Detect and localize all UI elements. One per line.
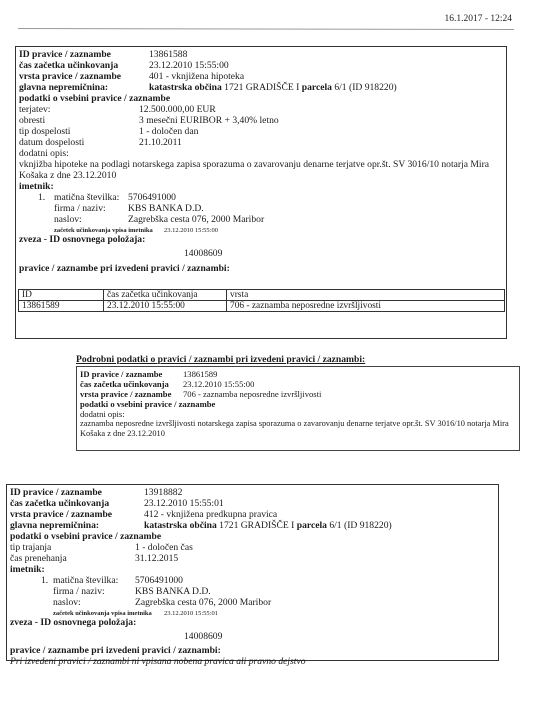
content-heading-row: podatki o vsebini pravice / zaznambe	[7, 531, 498, 542]
start-value: 23.12.2010 15:55:01	[144, 498, 224, 509]
cadastral-label: katastrska občina	[144, 520, 217, 531]
parcel-value: 6/1 (ID 918220)	[329, 520, 391, 531]
holder-name-label: firma / naziv:	[53, 586, 105, 597]
field-row: tip dospelosti 1 - določen dan	[16, 126, 506, 137]
interest-label: obresti	[19, 115, 45, 126]
holder-address-label: naslov:	[53, 597, 81, 608]
content-heading: podatki o vsebini pravice / zaznambe	[10, 531, 161, 542]
derived-heading-row: pravice / zaznambe pri izvedeni pravici …	[16, 261, 506, 275]
holder-reg-row: 1. matična številka: 5706491000	[7, 575, 498, 586]
holder-reg-label: matična številka:	[54, 192, 119, 203]
col-start-header: čas začetka učinkovanja	[104, 290, 227, 301]
holder-reg-row: 1. matična številka: 5706491000	[16, 192, 506, 203]
property-row: glavna nepremičnina: katastrska občina 1…	[16, 82, 506, 93]
duration-type-value: 1 - določen čas	[135, 542, 193, 553]
holder-address-value: Zagrebška cesta 076, 2000 Maribor	[128, 214, 264, 225]
holder-name-value: KBS BANKA D.D.	[128, 203, 204, 214]
link-value: 14008609	[184, 248, 222, 259]
cadastral-value: 1721 GRADIŠČE I	[224, 82, 299, 93]
extra-label: dodatni opis:	[19, 148, 69, 159]
holder-heading-row: imetnik:	[7, 564, 498, 575]
derived-heading: pravice / zaznambe pri izvedeni pravici …	[10, 645, 221, 656]
detail-id-label: ID pravice / zaznambe	[80, 369, 162, 379]
claim-value: 12.500.000,00 EUR	[139, 104, 216, 115]
holder-index: 1.	[41, 575, 48, 586]
type-label: vrsta pravice / zaznambe	[19, 71, 121, 82]
maturity-date-value: 21.10.2011	[139, 137, 182, 148]
detail-content-heading: podatki o vsebini pravice / zaznambe	[80, 399, 215, 409]
cadastral-value: 1721 GRADIŠČE I	[219, 520, 294, 531]
holder-address-label: naslov:	[54, 214, 82, 225]
right-record-13918882: ID pravice / zaznambe 13918882 čas začet…	[6, 484, 499, 661]
extra-label-row: dodatni opis:	[16, 148, 506, 159]
derived-none-text: Pri izvedeni pravici / zaznambi ni vpisa…	[10, 656, 306, 667]
extra-text-row: vknjižba hipoteke na podlagi notarskega …	[16, 159, 506, 181]
id-label: ID pravice / zaznambe	[19, 49, 111, 60]
holder-reg-value: 5706491000	[135, 575, 183, 586]
holder-reg-label: matična številka:	[53, 575, 118, 586]
parcel-label: parcela	[302, 82, 332, 93]
link-row: zveza - ID osnovnega položaja:	[16, 234, 506, 245]
detail-type-label: vrsta pravice / zaznambe	[80, 389, 171, 399]
link-value-row: 14008609	[16, 245, 506, 261]
field-row: obresti 3 mesečni EURIBOR + 3,40% letno	[16, 115, 506, 126]
expiry-label: čas prenehanja	[10, 553, 67, 564]
field-row: datum dospelosti 21.10.2011	[16, 137, 506, 148]
maturity-type-value: 1 - določen dan	[139, 126, 198, 137]
field-row: tip trajanja 1 - določen čas	[7, 542, 498, 553]
link-value: 14008609	[184, 631, 222, 642]
holder-start-row: začetek učinkovanja vpisa imetnika 23.12…	[7, 608, 498, 617]
print-timestamp: 16.1.2017 - 12:24	[444, 14, 512, 25]
property-label: glavna nepremičnina:	[19, 82, 108, 93]
detail-content-row: podatki o vsebini pravice / zaznambe	[77, 399, 519, 409]
holder-heading: imetnik:	[10, 564, 45, 575]
type-value: 401 - vknjižena hipoteka	[149, 71, 244, 82]
detail-section-title: Podrobni podatki o pravici / zaznambi pr…	[76, 354, 365, 365]
link-row: zveza - ID osnovnega položaja:	[7, 617, 498, 628]
detail-extra-text-row: zaznamba neposredne izvršljivosti notars…	[77, 419, 519, 439]
start-label: čas začetka učinkovanja	[10, 498, 109, 509]
derived-rights-table: ID čas začetka učinkovanja vrsta 1386158…	[18, 289, 505, 312]
detail-type-row: vrsta pravice / zaznambe 706 - zaznamba …	[77, 389, 519, 399]
start-row: čas začetka učinkovanja 23.12.2010 15:55…	[7, 498, 498, 509]
holder-reg-value: 5706491000	[128, 192, 176, 203]
cadastral-label: katastrska občina	[149, 82, 222, 93]
id-label: ID pravice / zaznambe	[10, 487, 102, 498]
derived-heading: pravice / zaznambe pri izvedeni pravici …	[19, 263, 230, 274]
detail-extra-label-row: dodatni opis:	[77, 409, 519, 419]
right-record-13861588: ID pravice / zaznambe 13861588 čas začet…	[15, 46, 507, 339]
property-label: glavna nepremičnina:	[10, 520, 99, 531]
holder-name-row: firma / naziv: KBS BANKA D.D.	[7, 586, 498, 597]
holder-address-row: naslov: Zagrebška cesta 076, 2000 Maribo…	[7, 597, 498, 608]
type-label: vrsta pravice / zaznambe	[10, 509, 112, 520]
holder-start-row: začetek učinkovanja vpisa imetnika 23.12…	[16, 225, 506, 234]
detail-start-value: 23.12.2010 15:55:00	[183, 379, 254, 389]
field-row: čas prenehanja 31.12.2015	[7, 553, 498, 564]
type-value: 412 - vknjižena predkupna pravica	[144, 509, 277, 520]
maturity-date-label: datum dospelosti	[19, 137, 84, 148]
type-row: vrsta pravice / zaznambe 412 - vknjižena…	[7, 509, 498, 520]
holder-heading: imetnik:	[19, 181, 54, 192]
detail-start-row: čas začetka učinkovanja 23.12.2010 15:55…	[77, 379, 519, 389]
id-value: 13861588	[149, 49, 187, 60]
field-row: terjatev: 12.500.000,00 EUR	[16, 104, 506, 115]
holder-index: 1.	[38, 192, 45, 203]
derived-none-row: Pri izvedeni pravici / zaznambi ni vpisa…	[7, 656, 498, 667]
holder-heading-row: imetnik:	[16, 181, 506, 192]
type-row: vrsta pravice / zaznambe 401 - vknjižena…	[16, 71, 506, 82]
expiry-value: 31.12.2015	[135, 553, 178, 564]
derived-heading-row: pravice / zaznambe pri izvedeni pravici …	[7, 644, 498, 656]
start-value: 23.12.2010 15:55:00	[149, 60, 229, 71]
table-header-row: ID čas začetka učinkovanja vrsta	[19, 290, 505, 301]
col-type-header: vrsta	[227, 290, 505, 301]
content-heading-row: podatki o vsebini pravice / zaznambe	[16, 93, 506, 104]
parcel-value: 6/1 (ID 918220)	[334, 82, 396, 93]
detail-extra-text: zaznamba neposredne izvršljivosti notars…	[80, 419, 516, 439]
extra-text: vknjižba hipoteke na podlagi notarskega …	[19, 159, 503, 181]
id-row: ID pravice / zaznambe 13918882	[7, 487, 498, 498]
claim-label: terjatev:	[19, 104, 50, 115]
link-label: zveza - ID osnovnega položaja:	[10, 617, 136, 628]
id-row: ID pravice / zaznambe 13861588	[16, 49, 506, 60]
header-rule	[18, 28, 514, 30]
detail-id-row: ID pravice / zaznambe 13861589	[77, 369, 519, 379]
detail-type-value: 706 - zaznamba neposredne izvršljivosti	[183, 389, 321, 399]
cell-type: 706 - zaznamba neposredne izvršljivosti	[227, 301, 505, 312]
link-label: zveza - ID osnovnega položaja:	[19, 234, 145, 245]
detail-record-13861589: ID pravice / zaznambe 13861589 čas začet…	[76, 366, 520, 451]
holder-name-label: firma / naziv:	[54, 203, 106, 214]
property-value: katastrska občina 1721 GRADIŠČE I parcel…	[144, 520, 392, 531]
start-label: čas začetka učinkovanja	[19, 60, 118, 71]
col-id-header: ID	[19, 290, 104, 301]
property-value: katastrska občina 1721 GRADIŠČE I parcel…	[149, 82, 397, 93]
interest-value: 3 mesečni EURIBOR + 3,40% letno	[139, 115, 279, 126]
duration-type-label: tip trajanja	[10, 542, 51, 553]
holder-name-value: KBS BANKA D.D.	[135, 586, 211, 597]
cell-start: 23.12.2010 15:55:00	[104, 301, 227, 312]
parcel-label: parcela	[297, 520, 327, 531]
content-heading: podatki o vsebini pravice / zaznambe	[19, 93, 170, 104]
cell-id: 13861589	[19, 301, 104, 312]
link-value-row: 14008609	[7, 628, 498, 644]
table-row: 13861589 23.12.2010 15:55:00 706 - zazna…	[19, 301, 505, 312]
id-value: 13918882	[144, 487, 182, 498]
maturity-type-label: tip dospelosti	[19, 126, 70, 137]
property-row: glavna nepremičnina: katastrska občina 1…	[7, 520, 498, 531]
holder-address-value: Zagrebška cesta 076, 2000 Maribor	[135, 597, 271, 608]
holder-name-row: firma / naziv: KBS BANKA D.D.	[16, 203, 506, 214]
detail-start-label: čas začetka učinkovanja	[80, 379, 169, 389]
start-row: čas začetka učinkovanja 23.12.2010 15:55…	[16, 60, 506, 71]
detail-extra-label: dodatni opis:	[80, 409, 125, 419]
holder-address-row: naslov: Zagrebška cesta 076, 2000 Maribo…	[16, 214, 506, 225]
detail-id-value: 13861589	[183, 369, 217, 379]
